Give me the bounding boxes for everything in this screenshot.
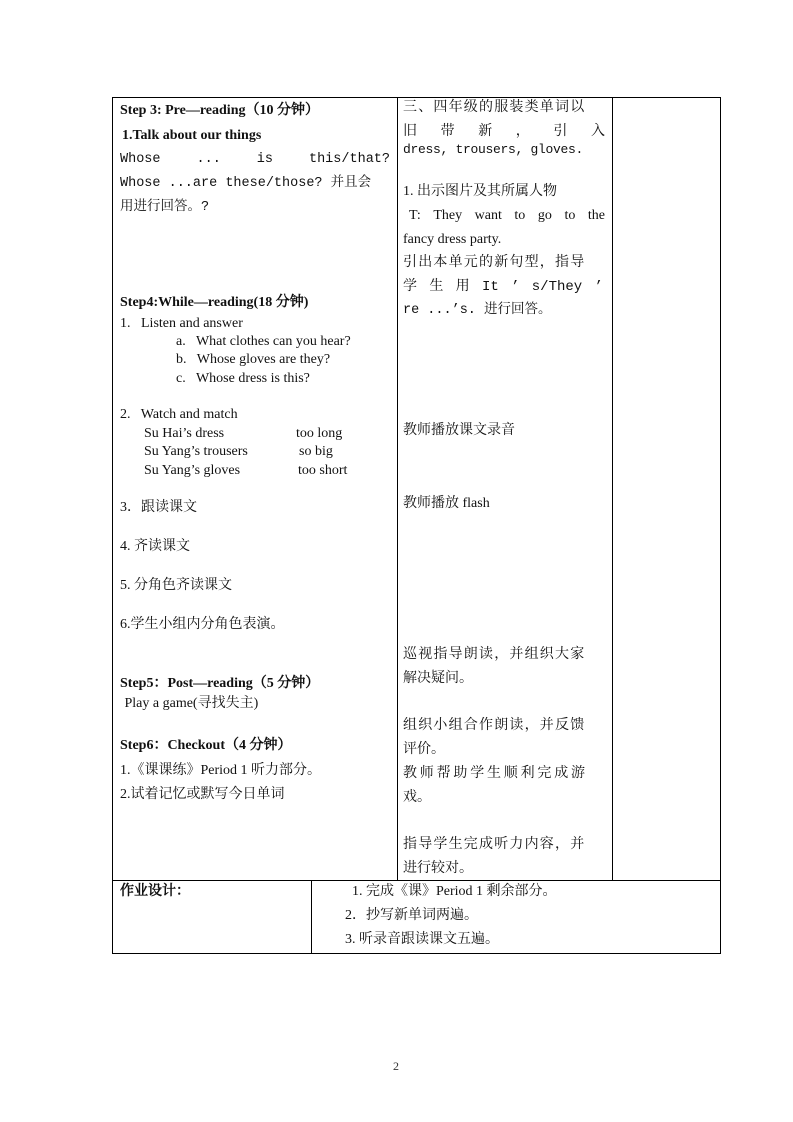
- match-right-1: too long: [296, 425, 342, 443]
- notes-cell: [613, 98, 720, 880]
- item4: 4. 齐读课文: [120, 538, 190, 556]
- step4-item1: 1. Listen and answer: [120, 315, 243, 333]
- table-border-right: [720, 97, 721, 954]
- match-left-3: Su Yang’s gloves: [144, 462, 240, 480]
- homework-item: 3. 听录音跟读课文五遍。: [345, 931, 499, 949]
- table-border-bottom: [112, 953, 721, 954]
- word: ...: [197, 151, 221, 169]
- activity-line: fancy dress party.: [403, 231, 501, 249]
- homework-item: 2．抄写新单词两遍。: [345, 907, 478, 925]
- activity-line: 三、四年级的服装类单词以: [403, 99, 585, 117]
- activity-line: 学 生 用 It ’ s/They ’: [403, 278, 603, 296]
- step6-line2: 2.试着记忆或默写今日单词: [120, 786, 285, 804]
- step3-title: Step 3: Pre—reading（10 分钟）: [120, 102, 319, 120]
- activity-line: 评价。: [403, 741, 445, 759]
- item6: 6.学生小组内分角色表演。: [120, 616, 285, 634]
- activity-line: 指导学生完成听力内容，并: [403, 836, 585, 854]
- homework-label: 作业设计：: [120, 883, 190, 901]
- activity-line: 解决疑问。: [403, 670, 473, 688]
- homework-col-divider: [311, 880, 312, 954]
- item3: 3．跟读课文: [120, 499, 197, 517]
- item5: 5. 分角色齐读课文: [120, 577, 232, 595]
- activity-line: 巡视指导朗读，并组织大家: [403, 646, 585, 664]
- activity-line: 戏。: [403, 789, 431, 807]
- activity-line: 旧 带 新 ， 引 入: [403, 123, 605, 141]
- word: is: [257, 151, 273, 169]
- activity-line: 组织小组合作朗读，并反馈: [403, 717, 585, 735]
- step6-title: Step6：Checkout（4 分钟）: [120, 737, 292, 755]
- table-border-left: [112, 97, 113, 954]
- homework-item: 1. 完成《课》Period 1 剩余部分。: [352, 883, 557, 901]
- step3-subtitle: 1.Talk about our things: [122, 127, 261, 145]
- step4-title: Step4:While—reading(18 分钟): [120, 294, 308, 312]
- activity-line: 教师播放 flash: [403, 495, 490, 513]
- row-divider-homework: [112, 880, 721, 881]
- match-right-2: so big: [299, 443, 333, 461]
- step3-line1: Whose ... is this/that?: [120, 151, 390, 169]
- activity-line: 教师播放课文录音: [403, 422, 515, 440]
- activity-line: 进行较对。: [403, 860, 473, 878]
- match-right-3: too short: [298, 462, 347, 480]
- step5-line: Play a game(寻找失主): [121, 695, 258, 713]
- step4-sub-b: b. Whose gloves are they?: [176, 351, 330, 369]
- activity-line: re ...’s. 进行回答。: [403, 302, 552, 320]
- step5-title: Step5：Post—reading（5 分钟）: [120, 675, 319, 693]
- col-divider-1: [397, 97, 398, 880]
- step3-line3: 用进行回答。?: [120, 199, 209, 217]
- activity-line: 1. 出示图片及其所属人物: [403, 183, 557, 201]
- activity-line: T: They want to go to the: [409, 207, 605, 225]
- step6-line1: 1.《课课练》Period 1 听力部分。: [120, 762, 321, 780]
- step4-sub-c: c. Whose dress is this?: [176, 370, 310, 388]
- match-left-2: Su Yang’s trousers: [144, 443, 248, 461]
- step3-line2: Whose ...are these/those? 并且会: [120, 175, 371, 193]
- activity-line: 引出本单元的新句型，指导: [403, 254, 585, 272]
- activity-line: 教师帮助学生顺利完成游: [403, 765, 588, 783]
- step4-item2: 2. Watch and match: [120, 406, 238, 424]
- activity-line: dress, trousers, gloves.: [403, 141, 583, 159]
- word: this/that?: [309, 151, 390, 169]
- word: Whose: [120, 151, 161, 169]
- step4-sub-a: a. What clothes can you hear?: [176, 333, 351, 351]
- page-number: 2: [393, 1057, 399, 1075]
- match-left-1: Su Hai’s dress: [144, 425, 224, 443]
